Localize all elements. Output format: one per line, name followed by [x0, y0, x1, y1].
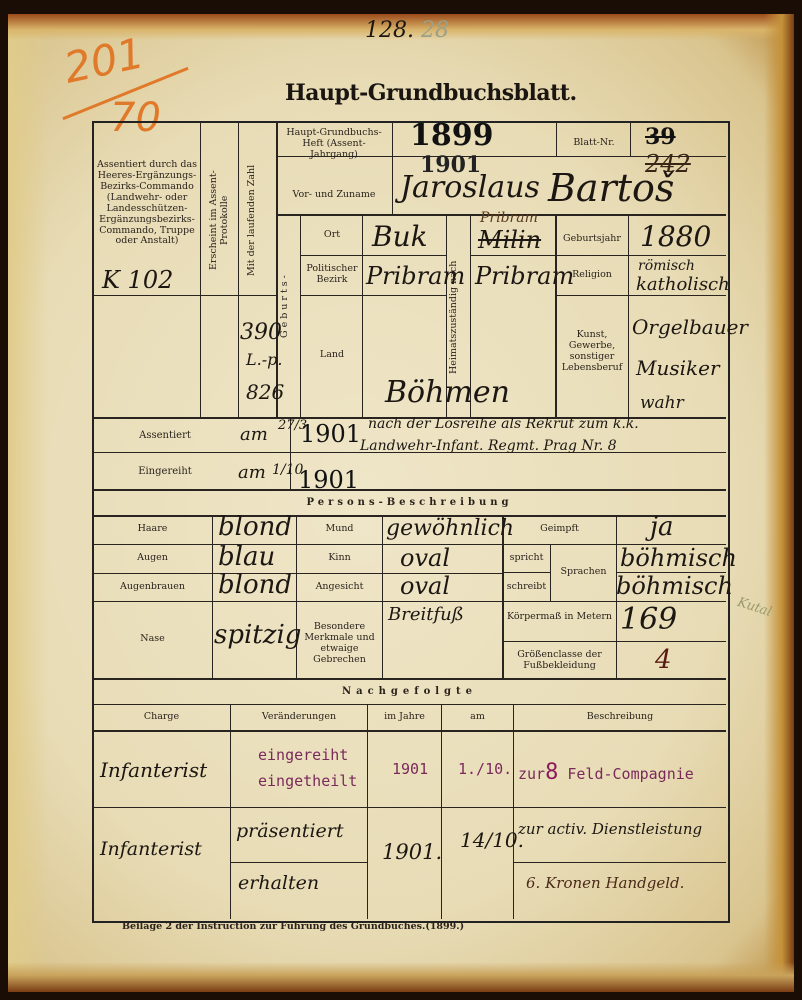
rule — [276, 122, 278, 417]
haare-label: Haare — [93, 524, 212, 535]
rule — [93, 730, 726, 732]
rule — [230, 705, 231, 919]
sprachen-label: Sprachen — [551, 567, 616, 578]
row1-veraenderungen-line2: eingetheilt — [258, 772, 357, 790]
spricht-label: spricht — [503, 553, 550, 564]
rule — [513, 705, 514, 919]
heimat-ort-correction: Pribram — [480, 210, 538, 226]
schreibt-value: böhmisch — [616, 572, 733, 600]
row2-beschreibung-line2: 6. Kronen Handgeld. — [526, 874, 684, 892]
heimat-ort-struck: Milin — [478, 226, 541, 254]
religion-label: Religion — [558, 270, 626, 281]
page-edge-bottom — [8, 962, 794, 992]
col-veraenderungen: Veränderungen — [231, 712, 367, 723]
reference-number: 128. 28 — [365, 18, 449, 43]
geimpft-value: ja — [650, 512, 674, 542]
col-beschreibung: Beschreibung — [514, 712, 726, 723]
assentiert-durch-label: Assentiert durch das Heeres-Ergänzungs-B… — [95, 160, 199, 247]
geburts-label: Geburts- — [280, 250, 298, 360]
rule — [301, 295, 447, 296]
rule — [200, 122, 201, 417]
persons-section-title: Persons-Beschreibung — [93, 497, 726, 509]
ort-label: Ort — [302, 230, 362, 241]
nase-label: Nase — [93, 634, 212, 645]
rule — [382, 516, 383, 678]
merkmale-value: Breitfuß — [388, 604, 464, 625]
religion-value-line2: katholisch — [636, 274, 730, 295]
rule — [300, 215, 301, 417]
augen-label: Augen — [93, 553, 212, 564]
beruf-value-line1: Orgelbauer — [632, 315, 748, 339]
augenbrauen-label: Augenbrauen — [93, 582, 212, 593]
rule — [630, 122, 631, 156]
row2-veraenderungen-line2: erhalten — [238, 872, 319, 894]
mund-value: gewöhnlich — [386, 516, 514, 541]
row2-am: 14/10. — [460, 828, 524, 852]
bezirk-label: Politischer Bezirk — [302, 264, 362, 286]
rule — [628, 215, 629, 417]
heft-label: Haupt-Grundbuchs-Heft (Assent-Jahrgang) — [279, 128, 389, 161]
eingereiht-label: Eingereiht — [110, 466, 220, 478]
eingereiht-year: 1901 — [298, 466, 359, 494]
row2-jahr: 1901. — [382, 840, 442, 864]
rule — [513, 862, 726, 863]
assentiert-durch-value: K 102 — [102, 266, 173, 294]
rule — [556, 122, 557, 156]
rule — [470, 255, 726, 256]
assentiert-am-label: am — [240, 424, 268, 445]
footer-note: Beilage 2 der Instruction zur Führung de… — [122, 922, 464, 933]
row2-veraenderungen-line1: präsentiert — [236, 820, 343, 842]
angesicht-value: oval — [400, 572, 450, 600]
augen-value: blau — [218, 542, 275, 572]
heimat-label: Heimatszuständig nach — [449, 222, 469, 412]
rule — [502, 641, 726, 642]
beruf-value-line3: wahr — [640, 393, 684, 413]
last-name-value: Bartoš — [548, 166, 674, 210]
rule — [93, 704, 726, 705]
rule — [93, 489, 726, 491]
laufende-zahl-extra: L.-p. — [246, 350, 282, 369]
rule — [392, 122, 393, 215]
row1-veraenderungen-line1: eingereiht — [258, 746, 348, 764]
nachgefolgte-title: Nachgefolgte — [93, 686, 726, 698]
nase-value: spitzig — [214, 620, 301, 650]
row2-charge: Infanterist — [100, 838, 202, 860]
laufende-zahl-extra2: 826 — [246, 380, 284, 404]
row2-beschreibung-line1: zur activ. Dienstleistung — [518, 820, 702, 838]
beruf-label: Kunst, Gewerbe, sonstiger Lebensberuf — [558, 330, 626, 374]
page-title: Haupt-Grundbuchsblatt. — [285, 80, 577, 106]
first-name-value: Jaroslaus — [400, 170, 540, 205]
schreibt-label: schreibt — [503, 582, 550, 593]
land-label: Land — [302, 350, 362, 361]
assentiert-note-line1: nach der Losreihe als Rekrut zum k.k. — [368, 416, 639, 432]
heft-value-print: 1899 — [410, 118, 494, 153]
laufende-zahl-label: Mit der laufenden Zahl — [247, 150, 267, 290]
geburtsjahr-value: 1880 — [640, 220, 711, 253]
rule — [555, 215, 557, 417]
fuss-label: Größenclasse der Fußbekleidung — [503, 650, 616, 672]
rule — [238, 122, 239, 417]
blatt-label: Blatt-Nr. — [560, 138, 628, 149]
row1-beschreibung: zur8 Feld-Compagnie — [518, 760, 694, 785]
rule — [212, 516, 213, 678]
page-edge-right — [764, 14, 794, 992]
col-jahr: im Jahre — [368, 712, 441, 723]
rule — [555, 295, 726, 296]
religion-value-line1: römisch — [638, 258, 695, 274]
rule — [93, 678, 726, 680]
merkmale-label: Besondere Merkmale und etwaige Gebrechen — [297, 622, 382, 666]
rule — [367, 705, 368, 919]
rule — [301, 255, 447, 256]
eingereiht-am-label: am — [238, 462, 266, 483]
assentiert-label: Assentiert — [110, 430, 220, 442]
kinn-label: Kinn — [297, 553, 382, 564]
beruf-value-line2: Musiker — [636, 356, 720, 380]
koerpermass-value: 169 — [620, 602, 677, 637]
rule — [441, 705, 442, 919]
haare-value: blond — [218, 512, 292, 542]
erscheint-label: Erscheint im Assent-Protokolle — [209, 150, 229, 290]
geimpft-label: Geimpft — [503, 524, 616, 535]
land-value: Böhmen — [385, 375, 510, 410]
rule — [502, 572, 550, 573]
assentiert-year: 1901 — [300, 420, 361, 448]
koerpermass-label: Körpermaß in Metern — [503, 612, 616, 623]
assentiert-note-line2: Landwehr-Infant. Regmt. Prag Nr. 8 — [360, 438, 617, 454]
angesicht-label: Angesicht — [297, 582, 382, 593]
ort-value: Buk — [372, 220, 428, 253]
mund-label: Mund — [297, 524, 382, 535]
rule — [93, 807, 726, 808]
row1-am: 1./10. — [458, 760, 512, 778]
kinn-value: oval — [400, 544, 450, 572]
col-charge: Charge — [93, 712, 230, 723]
augenbrauen-value: blond — [218, 570, 292, 600]
fuss-value: 4 — [655, 645, 672, 675]
page-edge-left — [8, 14, 48, 992]
rule — [362, 215, 363, 417]
geburtsjahr-label: Geburtsjahr — [558, 234, 626, 245]
reference-number-pencil: 28 — [421, 18, 449, 43]
row1-charge: Infanterist — [100, 758, 207, 782]
rule — [230, 862, 367, 863]
blatt-value-struck: 39 — [645, 124, 676, 150]
spricht-value: böhmisch — [620, 544, 737, 572]
col-am: am — [442, 712, 513, 723]
name-label: Vor- und Zuname — [279, 190, 389, 201]
laufende-zahl-value: 390 — [240, 320, 282, 345]
row1-jahr: 1901 — [392, 760, 428, 778]
rule — [93, 295, 277, 296]
